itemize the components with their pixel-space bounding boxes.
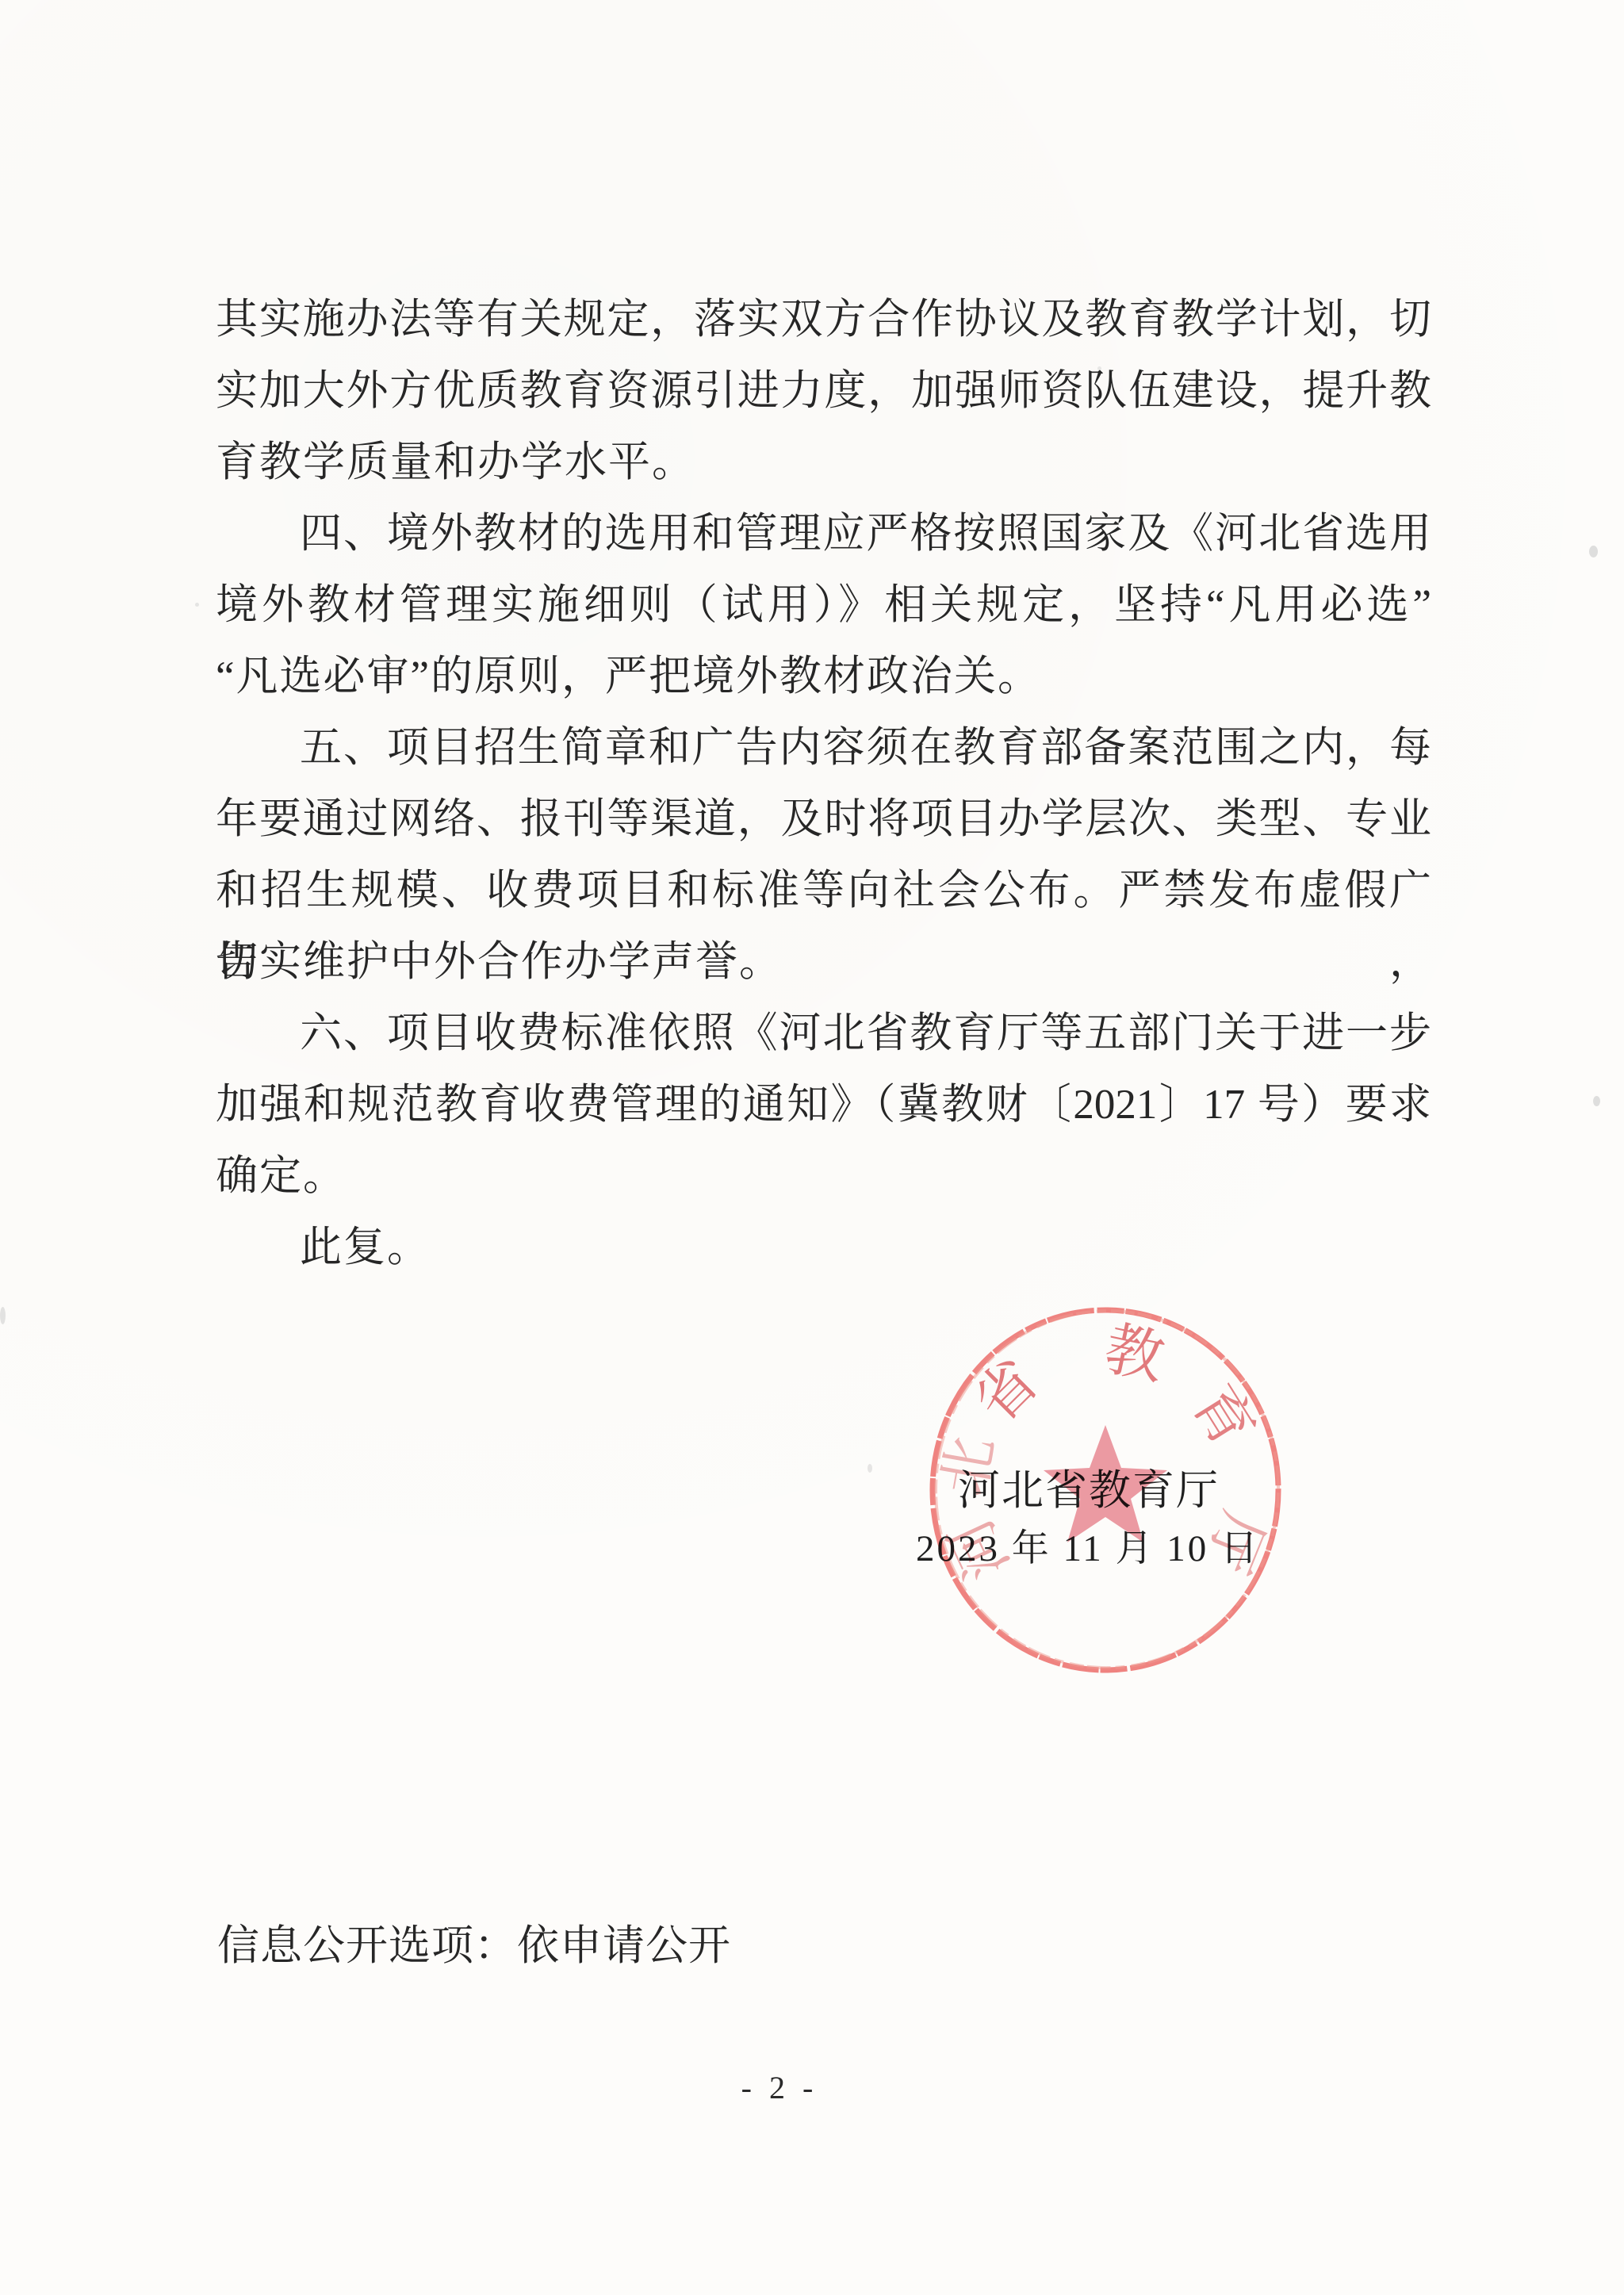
body-line: 实加大外方优质教育资源引进力度，加强师资队伍建设，提升教	[216, 355, 1431, 427]
body-line-item-5: 五、项目招生简章和广告内容须在教育部备案范围之内，每	[216, 712, 1431, 784]
body-line: 育教学质量和办学水平。	[216, 427, 1431, 498]
scan-speck	[1589, 546, 1598, 557]
closing-line: 此复。	[216, 1212, 1431, 1283]
scan-speck	[1593, 1096, 1600, 1106]
scan-speck	[195, 603, 199, 607]
seal-ring-char: 河	[938, 1508, 1022, 1589]
body-line: “凡选必审”的原则，严把境外教材政治关。	[216, 641, 1431, 712]
seal-ring-char: 育	[1180, 1374, 1266, 1458]
scan-speck	[1097, 366, 1101, 370]
body-line: 切实维护中外合作办学声誉。	[216, 926, 1431, 998]
body-line-item-6: 六、项目收费标准依照《河北省教育厅等五部门关于进一步	[216, 998, 1431, 1069]
seal-star-icon	[1044, 1425, 1167, 1542]
body-line-item-4: 四、境外教材的选用和管理应严格按照国家及《河北省选用	[216, 498, 1431, 569]
body-line: 境外教材管理实施细则（试用）》相关规定，坚持“凡用必选”	[216, 569, 1431, 641]
scan-speck	[868, 1464, 872, 1473]
official-seal: 河 北 省 教 育 厅	[920, 1301, 1293, 1681]
body-line: 年要通过网络、报刊等渠道，及时将项目办学层次、类型、专业	[216, 784, 1431, 855]
seal-ring-char: 教	[1099, 1316, 1170, 1393]
seal-ring-char: 北	[932, 1431, 1006, 1500]
body-line: 确定。	[216, 1140, 1431, 1212]
disclosure-option-line: 信息公开选项：依申请公开	[217, 1922, 731, 1970]
scanned-document-page: 其实施办法等有关规定，落实双方合作协议及教育教学计划，切 实加大外方优质教育资源…	[0, 0, 1624, 2295]
scan-speck	[0, 1307, 6, 1324]
seal-ring-char: 省	[963, 1348, 1051, 1435]
body-line: 加强和规范教育收费管理的通知》（冀教财〔2021〕17 号）要求	[216, 1069, 1431, 1140]
page-number: - 2 -	[700, 2068, 859, 2108]
body-line: 其实施办法等有关规定，落实双方合作协议及教育教学计划，切	[216, 284, 1431, 355]
body-line: 和招生规模、收费项目和标准等向社会公布。严禁发布虚假广告，	[216, 855, 1431, 926]
